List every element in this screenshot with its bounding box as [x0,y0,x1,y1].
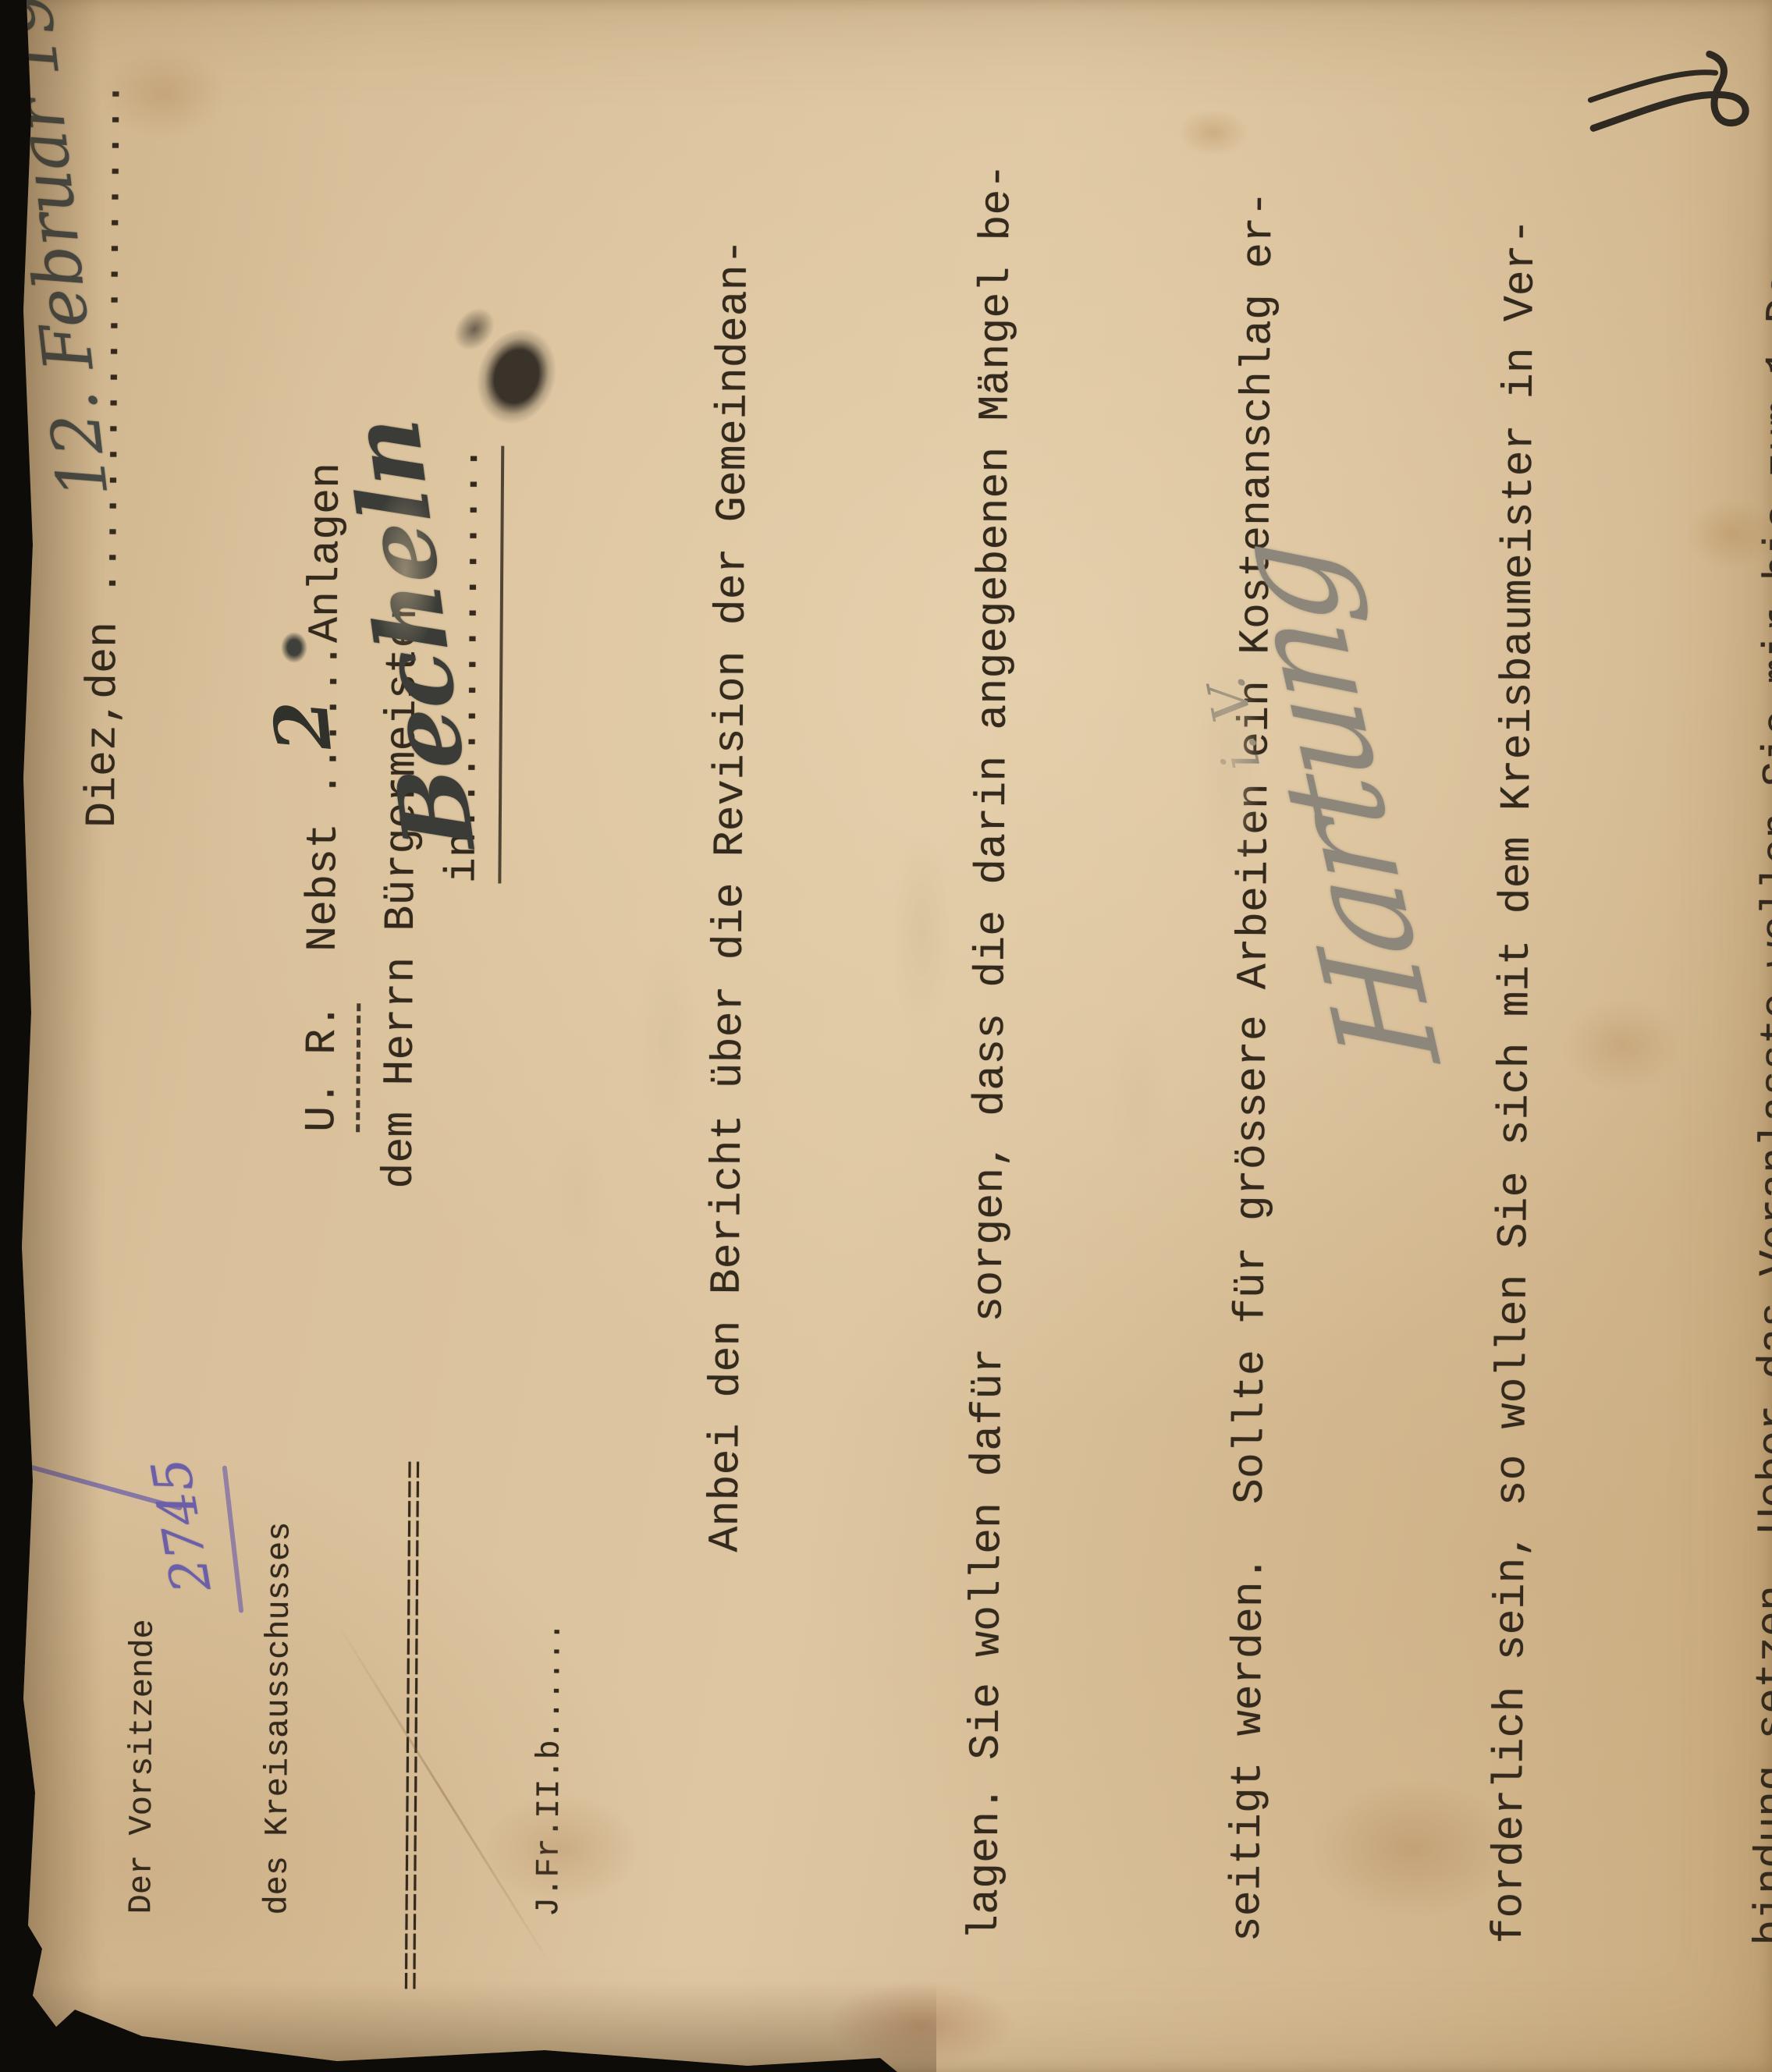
body-line-2: lagen. Sie wollen dafür sorgen, dass die… [942,34,1042,1940]
letterhead-line-2: des Kreisausschusses [254,1459,303,1915]
body-line-1: Anbei den Bericht über die Revision der … [680,33,780,1939]
body-line-3: seitigt werden. Sollte für grössere Arbe… [1204,37,1305,1942]
ur-label: U. R. [297,1003,360,1133]
letter-lean-wrapper: Der Vorsitzende des Kreisausschusses ===… [0,0,1772,2072]
paper-sheet: Der Vorsitzende des Kreisausschusses ===… [0,0,1772,2072]
rotated-letter-content: Der Vorsitzende des Kreisausschusses ===… [0,0,1772,2072]
body-line-5: bindung setzen, Ueber das Veranlasste wo… [1728,40,1772,1946]
letterhead-rule: =========================== [389,1460,439,1991]
enclosure-count-handwritten: 2 [257,695,349,755]
body-text: Anbei den Bericht über die Revision der … [505,31,1772,1953]
body-line-4: forderlich sein, so wollen Sie sich mit … [1466,38,1567,1944]
scanned-letter-page: Der Vorsitzende des Kreisausschusses ===… [0,0,1772,2072]
transmittal-line: U. R. Nebst ......Anlagen [297,463,351,1133]
ink-flourish-icon [1582,17,1763,151]
